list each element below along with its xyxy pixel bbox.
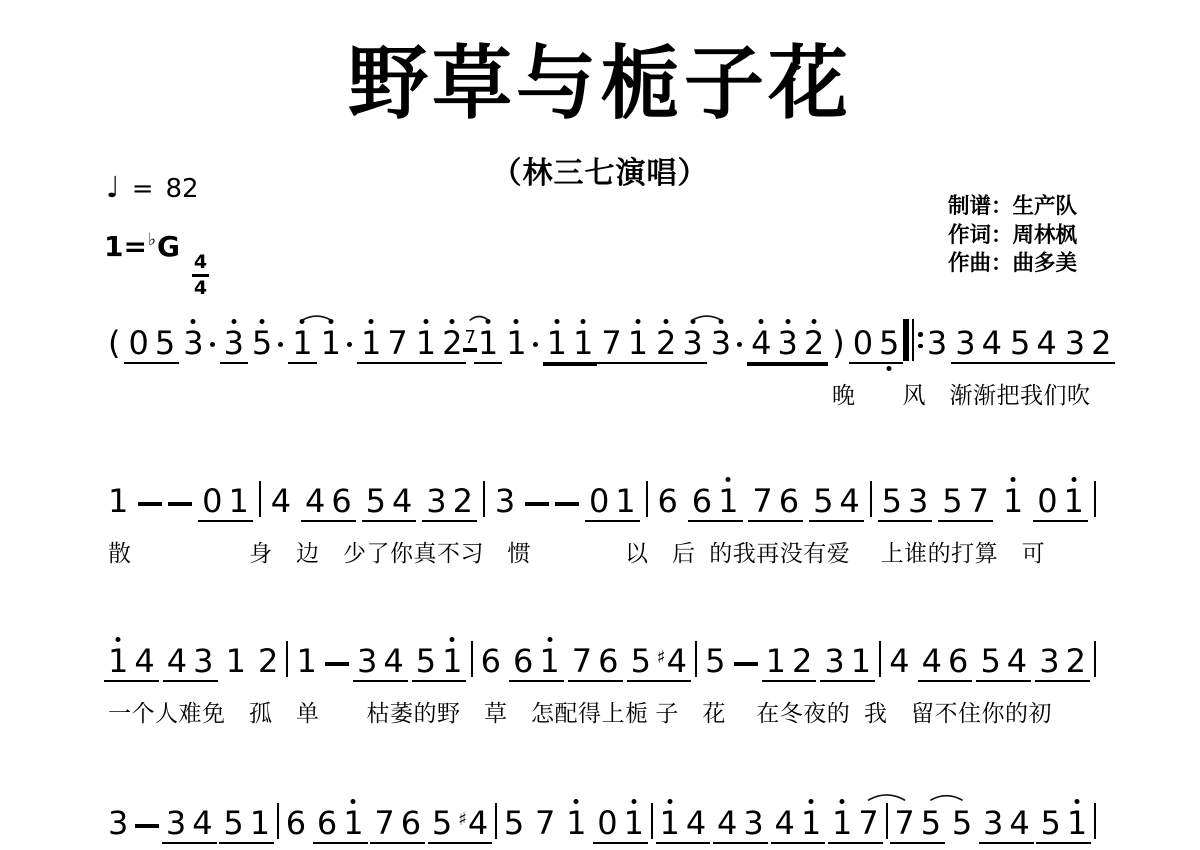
barline	[1094, 803, 1096, 839]
beam-group: 32	[1061, 327, 1116, 364]
beam-group: 57	[938, 485, 993, 522]
note-number: 2	[442, 327, 462, 359]
note-number: 1	[832, 807, 852, 839]
barline	[886, 803, 888, 839]
note-number: 3	[495, 485, 515, 517]
note: 1	[506, 327, 538, 359]
beam-group: 34	[951, 327, 1006, 364]
note-number: 2	[258, 645, 278, 677]
note-number: 1	[416, 327, 436, 359]
note-number: 3	[682, 327, 702, 359]
note: 6	[331, 485, 351, 517]
note: 1	[547, 327, 567, 359]
beam-group: 54	[976, 645, 1031, 682]
beam-group: 3	[220, 327, 248, 364]
note-number: 6	[692, 485, 712, 517]
note: 3	[495, 485, 515, 517]
note: 5	[980, 645, 1000, 677]
note: 1	[442, 645, 462, 677]
note-number: 1	[766, 645, 786, 677]
note: 1	[766, 645, 786, 677]
beam-group: 76	[748, 485, 803, 522]
note: 7	[752, 485, 772, 517]
note-number: 4	[751, 327, 771, 359]
note: 0	[202, 485, 222, 517]
note: 7	[387, 327, 407, 359]
note: 4	[839, 485, 859, 517]
note-number: 6	[331, 485, 351, 517]
note-number: 1	[226, 645, 246, 677]
note-number: 3	[1039, 645, 1059, 677]
note: 6	[598, 645, 618, 677]
note: 3	[955, 327, 975, 359]
beam-group: 5♯4	[428, 807, 492, 844]
beam-group: 31	[820, 645, 875, 682]
note-group: 3	[179, 327, 219, 364]
dash-note	[138, 502, 162, 506]
note: 5	[705, 645, 725, 677]
note-number: 1	[1064, 485, 1084, 517]
note-number: 2	[1091, 327, 1111, 359]
augmentation-dot	[737, 342, 742, 347]
note-number: 1	[628, 327, 648, 359]
note-number: 7	[535, 807, 555, 839]
note-number: 4	[1036, 327, 1056, 359]
note: 6	[401, 807, 421, 839]
beam-group: 53	[878, 485, 933, 522]
beam-group: 1	[474, 327, 502, 364]
note-number: 7	[752, 485, 772, 517]
note-number: 4	[134, 645, 154, 677]
note: 4	[717, 807, 737, 839]
note: 0	[853, 327, 873, 359]
note: 3	[777, 327, 797, 359]
note: 2	[1091, 327, 1111, 359]
note: 0	[597, 807, 617, 839]
beam-group: 54	[809, 485, 864, 522]
note-number: 3	[743, 807, 763, 839]
beam-group: 11	[543, 327, 598, 364]
beam-group: 32	[1035, 645, 1090, 682]
note: 1	[343, 807, 363, 839]
note-group: 1	[502, 327, 542, 364]
note: 4	[922, 645, 942, 677]
note-number: 0	[1037, 485, 1057, 517]
note-number: 1	[539, 645, 559, 677]
note: 1	[108, 485, 128, 517]
note-number: 1	[108, 645, 128, 677]
note: 6	[779, 485, 799, 517]
note: 4	[167, 645, 187, 677]
note-number: 1	[296, 645, 316, 677]
beam-group: 43	[163, 645, 218, 682]
lyrics-line: 一个人难免 孤 单 枯萎的野 草 怎配得上栀 子 花 在冬夜的 我 留不住你的初	[108, 695, 1096, 728]
note: 1	[566, 807, 586, 839]
beam-group: 46	[301, 485, 356, 522]
note: 4	[1009, 807, 1029, 839]
music-line: 14431213451661765♯4512314465432一个人难免 孤 单…	[104, 630, 1096, 728]
note: 5	[504, 807, 524, 839]
note-number: 3	[224, 327, 244, 359]
beam-group: 12	[412, 327, 467, 364]
note-number: 5	[432, 807, 452, 839]
note-number: 3	[357, 645, 377, 677]
note: 2	[442, 327, 462, 359]
note-number: 4	[383, 645, 403, 677]
note-number: 6	[513, 645, 533, 677]
note: 5	[432, 807, 452, 839]
note-group: 1	[999, 485, 1027, 522]
note: 1	[1067, 807, 1087, 839]
note-group: 6	[477, 645, 505, 682]
beam-group: 71	[597, 327, 652, 364]
note-number: 3	[955, 327, 975, 359]
note-group: 3	[923, 327, 951, 364]
note-group: 1	[104, 485, 132, 522]
note-number: 1	[573, 327, 593, 359]
note: 4	[1007, 645, 1027, 677]
note: (	[108, 327, 120, 359]
note-number: 1	[1003, 485, 1023, 517]
note: 2	[453, 485, 473, 517]
note-number: 1	[228, 485, 248, 517]
note: 3	[682, 327, 702, 359]
note-group: 5	[701, 645, 729, 682]
note-number: 3	[108, 807, 128, 839]
note-group: 6	[654, 485, 682, 522]
note: 3	[908, 485, 928, 517]
note: ♯4	[657, 645, 687, 677]
note: 1	[478, 327, 498, 359]
lyrics-line: 散 身 边 少了你真不习 惯 以 后 的我再没有爱 上谁的打算 可	[108, 535, 1096, 568]
note: 1	[573, 327, 593, 359]
note: 5	[952, 807, 972, 839]
note-group: 2	[254, 645, 282, 682]
note: 1	[851, 645, 871, 677]
note-group: 4	[267, 485, 295, 522]
note: 0	[128, 327, 148, 359]
note-group: 5	[500, 807, 528, 844]
augmentation-dot	[533, 342, 538, 347]
note-number: 4	[468, 807, 488, 839]
note-group: 7	[531, 807, 559, 844]
note: 6	[658, 485, 678, 517]
note-number: 3	[908, 485, 928, 517]
note: 4	[775, 807, 795, 839]
note: 1	[628, 327, 648, 359]
note: 1	[321, 327, 353, 359]
note-number: 4	[167, 645, 187, 677]
dash-note	[168, 502, 192, 506]
note: 3	[224, 327, 244, 359]
dash-note	[325, 662, 349, 666]
notes-row: 14431213451661765♯4512314465432	[104, 630, 1096, 682]
note: 1	[801, 807, 821, 839]
note-number: 3	[927, 327, 947, 359]
note: 6	[481, 645, 501, 677]
note: 6	[286, 807, 306, 839]
note-number: 1	[1067, 807, 1087, 839]
note-number: 1	[442, 645, 462, 677]
note: 1	[660, 807, 680, 839]
note-number: 4	[717, 807, 737, 839]
beam-group: 01	[1033, 485, 1088, 522]
notes-row: 33451661765♯457101144341177553451	[104, 792, 1096, 844]
note-number: 1	[547, 327, 567, 359]
music-line: 101446543230166176545357101散 身 边 少了你真不习 …	[104, 470, 1096, 568]
beam-group: 75	[890, 807, 945, 844]
note-group: 1	[317, 327, 357, 364]
repeat-start-sign	[903, 319, 923, 361]
note: 7	[894, 807, 914, 839]
note-group: 4	[885, 645, 913, 682]
note-number: 4	[392, 485, 412, 517]
note: 4	[383, 645, 403, 677]
note-number: 4	[667, 645, 687, 677]
note: 1	[250, 807, 270, 839]
note: 3	[357, 645, 377, 677]
beam-group: 34	[353, 645, 408, 682]
note-number: 7	[969, 485, 989, 517]
note-number: 2	[804, 327, 824, 359]
note: 1	[361, 327, 381, 359]
note-group: 3	[707, 327, 747, 364]
parenthesis: )	[832, 327, 844, 359]
beam-group: 1	[288, 327, 316, 364]
note-number: 2	[656, 327, 676, 359]
note: 7	[572, 645, 592, 677]
beam-group: 12	[762, 645, 817, 682]
barline	[471, 641, 473, 677]
note: 3	[1065, 327, 1085, 359]
note-number: 5	[366, 485, 386, 517]
note-group: 3	[491, 485, 519, 522]
beam-group: 51	[1036, 807, 1091, 844]
note-number: 1	[660, 807, 680, 839]
note: 1	[1064, 485, 1084, 517]
note: 6	[317, 807, 337, 839]
note-number: 7	[858, 807, 878, 839]
note-number: 6	[779, 485, 799, 517]
barline	[870, 481, 872, 517]
note-number: 4	[192, 807, 212, 839]
note: 7	[969, 485, 989, 517]
note-group: 5	[948, 807, 976, 844]
note: 1	[539, 645, 559, 677]
repeat-thick-bar	[903, 319, 909, 361]
note-number: 5	[813, 485, 833, 517]
note-number: 5	[952, 807, 972, 839]
note: 5	[631, 645, 651, 677]
note-number: 0	[853, 327, 873, 359]
note-number: 2	[792, 645, 812, 677]
barline	[879, 641, 881, 677]
note-number: 6	[658, 485, 678, 517]
beam-group: 46	[918, 645, 973, 682]
note-number: 3	[824, 645, 844, 677]
note: 1	[292, 327, 312, 359]
note: 7	[858, 807, 878, 839]
note-number: 5	[416, 645, 436, 677]
note-number: 5	[504, 807, 524, 839]
barline	[286, 641, 288, 677]
beam-group: 76	[370, 807, 425, 844]
note-number: 1	[718, 485, 738, 517]
note: 1	[108, 645, 128, 677]
note: 1	[615, 485, 635, 517]
note: 4	[305, 485, 325, 517]
note-number: 6	[317, 807, 337, 839]
note-number: 5	[1040, 807, 1060, 839]
note: 4	[889, 645, 909, 677]
lyrics-line: 晚 风 渐渐把我们吹	[832, 377, 1096, 410]
beam-group: 43	[713, 807, 768, 844]
note-number: 5	[223, 807, 243, 839]
note-group: 1	[292, 645, 320, 682]
beam-group: 05	[849, 327, 904, 364]
note-number: 7	[894, 807, 914, 839]
note-number: 6	[481, 645, 501, 677]
note: 6	[948, 645, 968, 677]
note: ♯4	[458, 807, 488, 839]
beam-group: 17	[828, 807, 883, 844]
note-number: 4	[839, 485, 859, 517]
note-number: 2	[1066, 645, 1086, 677]
note-group: 3	[104, 807, 132, 844]
note-number: 5	[879, 327, 899, 359]
note: 2	[792, 645, 812, 677]
note-number: 3	[193, 645, 213, 677]
augmentation-dot	[278, 342, 283, 347]
note: 7	[601, 327, 621, 359]
note: 5	[1010, 327, 1030, 359]
note-number: 6	[401, 807, 421, 839]
note: 1	[416, 327, 436, 359]
note-number: 7	[387, 327, 407, 359]
beam-group: 41	[771, 807, 826, 844]
note: 3	[711, 327, 743, 359]
note-number: 1	[478, 327, 498, 359]
beam-group: 34	[162, 807, 217, 844]
note-number: 6	[948, 645, 968, 677]
note-number: 7	[374, 807, 394, 839]
barline	[259, 481, 261, 517]
note-group: 5	[248, 327, 288, 364]
note-number: 3	[426, 485, 446, 517]
note: 2	[656, 327, 676, 359]
dash-note	[525, 502, 549, 506]
beam-group: 61	[509, 645, 564, 682]
sharp-icon: ♯	[458, 809, 467, 830]
note-number: 5	[705, 645, 725, 677]
barline	[695, 641, 697, 677]
note-number: 7	[601, 327, 621, 359]
note: 5	[155, 327, 175, 359]
note: 4	[686, 807, 706, 839]
beam-group: 01	[585, 485, 640, 522]
beam-group: 14	[656, 807, 711, 844]
note: 3	[108, 807, 128, 839]
note: 3	[166, 807, 186, 839]
barline	[277, 803, 279, 839]
note-number: 0	[202, 485, 222, 517]
notes-row: 101446543230166176545357101	[104, 470, 1096, 522]
note: 4	[134, 645, 154, 677]
beam-group: 61	[313, 807, 368, 844]
augmentation-dot	[347, 342, 352, 347]
note: 5	[882, 485, 902, 517]
note: 4	[751, 327, 771, 359]
note-group: (	[104, 327, 124, 364]
note-number: 3	[1065, 327, 1085, 359]
note: 3	[824, 645, 844, 677]
note-number: 1	[624, 807, 644, 839]
note: 3	[193, 645, 213, 677]
note: 7	[535, 807, 555, 839]
note-number: 4	[982, 327, 1002, 359]
note: 3	[927, 327, 947, 359]
beam-group: 14	[104, 645, 159, 682]
barline	[651, 803, 653, 839]
note: 1	[296, 645, 316, 677]
note-number: 4	[305, 485, 325, 517]
note: 6	[513, 645, 533, 677]
note: 3	[743, 807, 763, 839]
note: 1	[226, 645, 246, 677]
note-number: 3	[983, 807, 1003, 839]
note: 5	[366, 485, 386, 517]
note-number: 5	[1010, 327, 1030, 359]
note: 5	[223, 807, 243, 839]
note-number: 1	[292, 327, 312, 359]
note-number: 6	[598, 645, 618, 677]
note-number: 1	[361, 327, 381, 359]
barline	[483, 481, 485, 517]
beam-group: 76	[568, 645, 623, 682]
dash-note	[555, 502, 579, 506]
beam-group: 01	[198, 485, 253, 522]
beam-group: 432	[747, 327, 828, 364]
note-number: 4	[889, 645, 909, 677]
note-number: 5	[882, 485, 902, 517]
beam-group: 54	[1006, 327, 1061, 364]
dash-note	[734, 662, 758, 666]
note: 1	[624, 807, 644, 839]
beam-group: 51	[219, 807, 274, 844]
note: 4	[982, 327, 1002, 359]
note-number: 4	[922, 645, 942, 677]
note-number: 4	[1009, 807, 1029, 839]
note-number: 5	[155, 327, 175, 359]
note: 7	[374, 807, 394, 839]
beam-group: 01	[593, 807, 648, 844]
beam-group: 5♯4	[627, 645, 691, 682]
note: 1	[832, 807, 852, 839]
note-group: 1	[562, 807, 590, 844]
note: 5	[942, 485, 962, 517]
note-number: 0	[589, 485, 609, 517]
note: 2	[258, 645, 278, 677]
note: 0	[589, 485, 609, 517]
note-number: 2	[453, 485, 473, 517]
note: 4	[271, 485, 291, 517]
note: 5	[416, 645, 436, 677]
note: 5	[252, 327, 284, 359]
beam-group: 51	[412, 645, 467, 682]
note-number: 5	[631, 645, 651, 677]
note: 5	[879, 327, 899, 359]
note-group: 1	[222, 645, 250, 682]
